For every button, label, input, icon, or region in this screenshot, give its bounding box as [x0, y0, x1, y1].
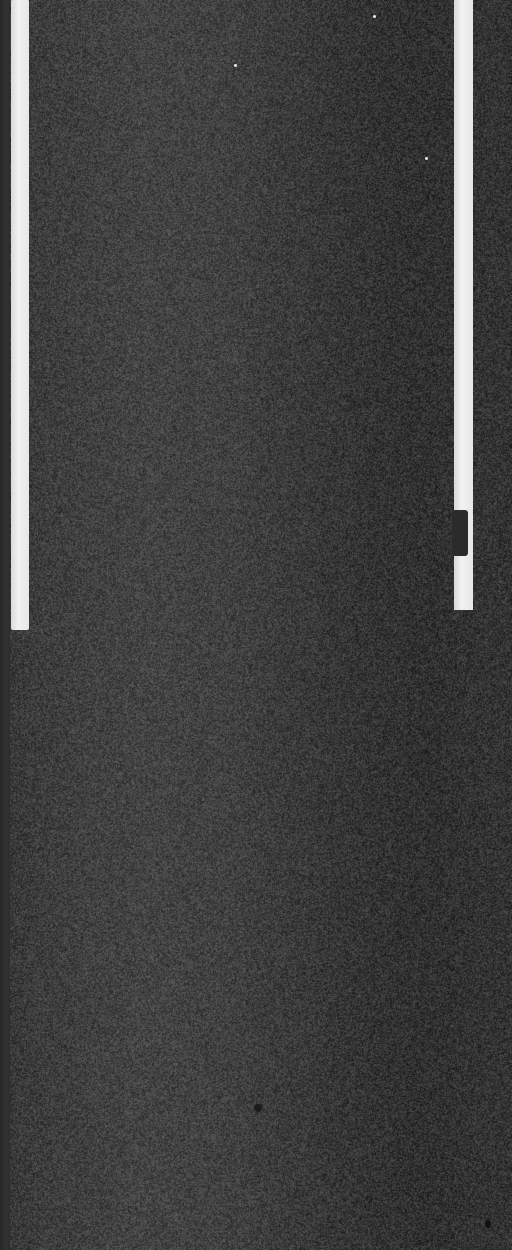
asphalt-texture [0, 0, 512, 1250]
debris-speck [234, 64, 237, 67]
road-edge [0, 0, 10, 1250]
left-lane-line [11, 0, 29, 630]
debris-speck [425, 157, 428, 160]
worn-marking-gap [452, 510, 468, 556]
pothole [485, 1220, 491, 1228]
debris-speck [373, 15, 376, 18]
pothole [254, 1104, 262, 1112]
road-scene: Asphalt road with lane markings [0, 0, 512, 1250]
